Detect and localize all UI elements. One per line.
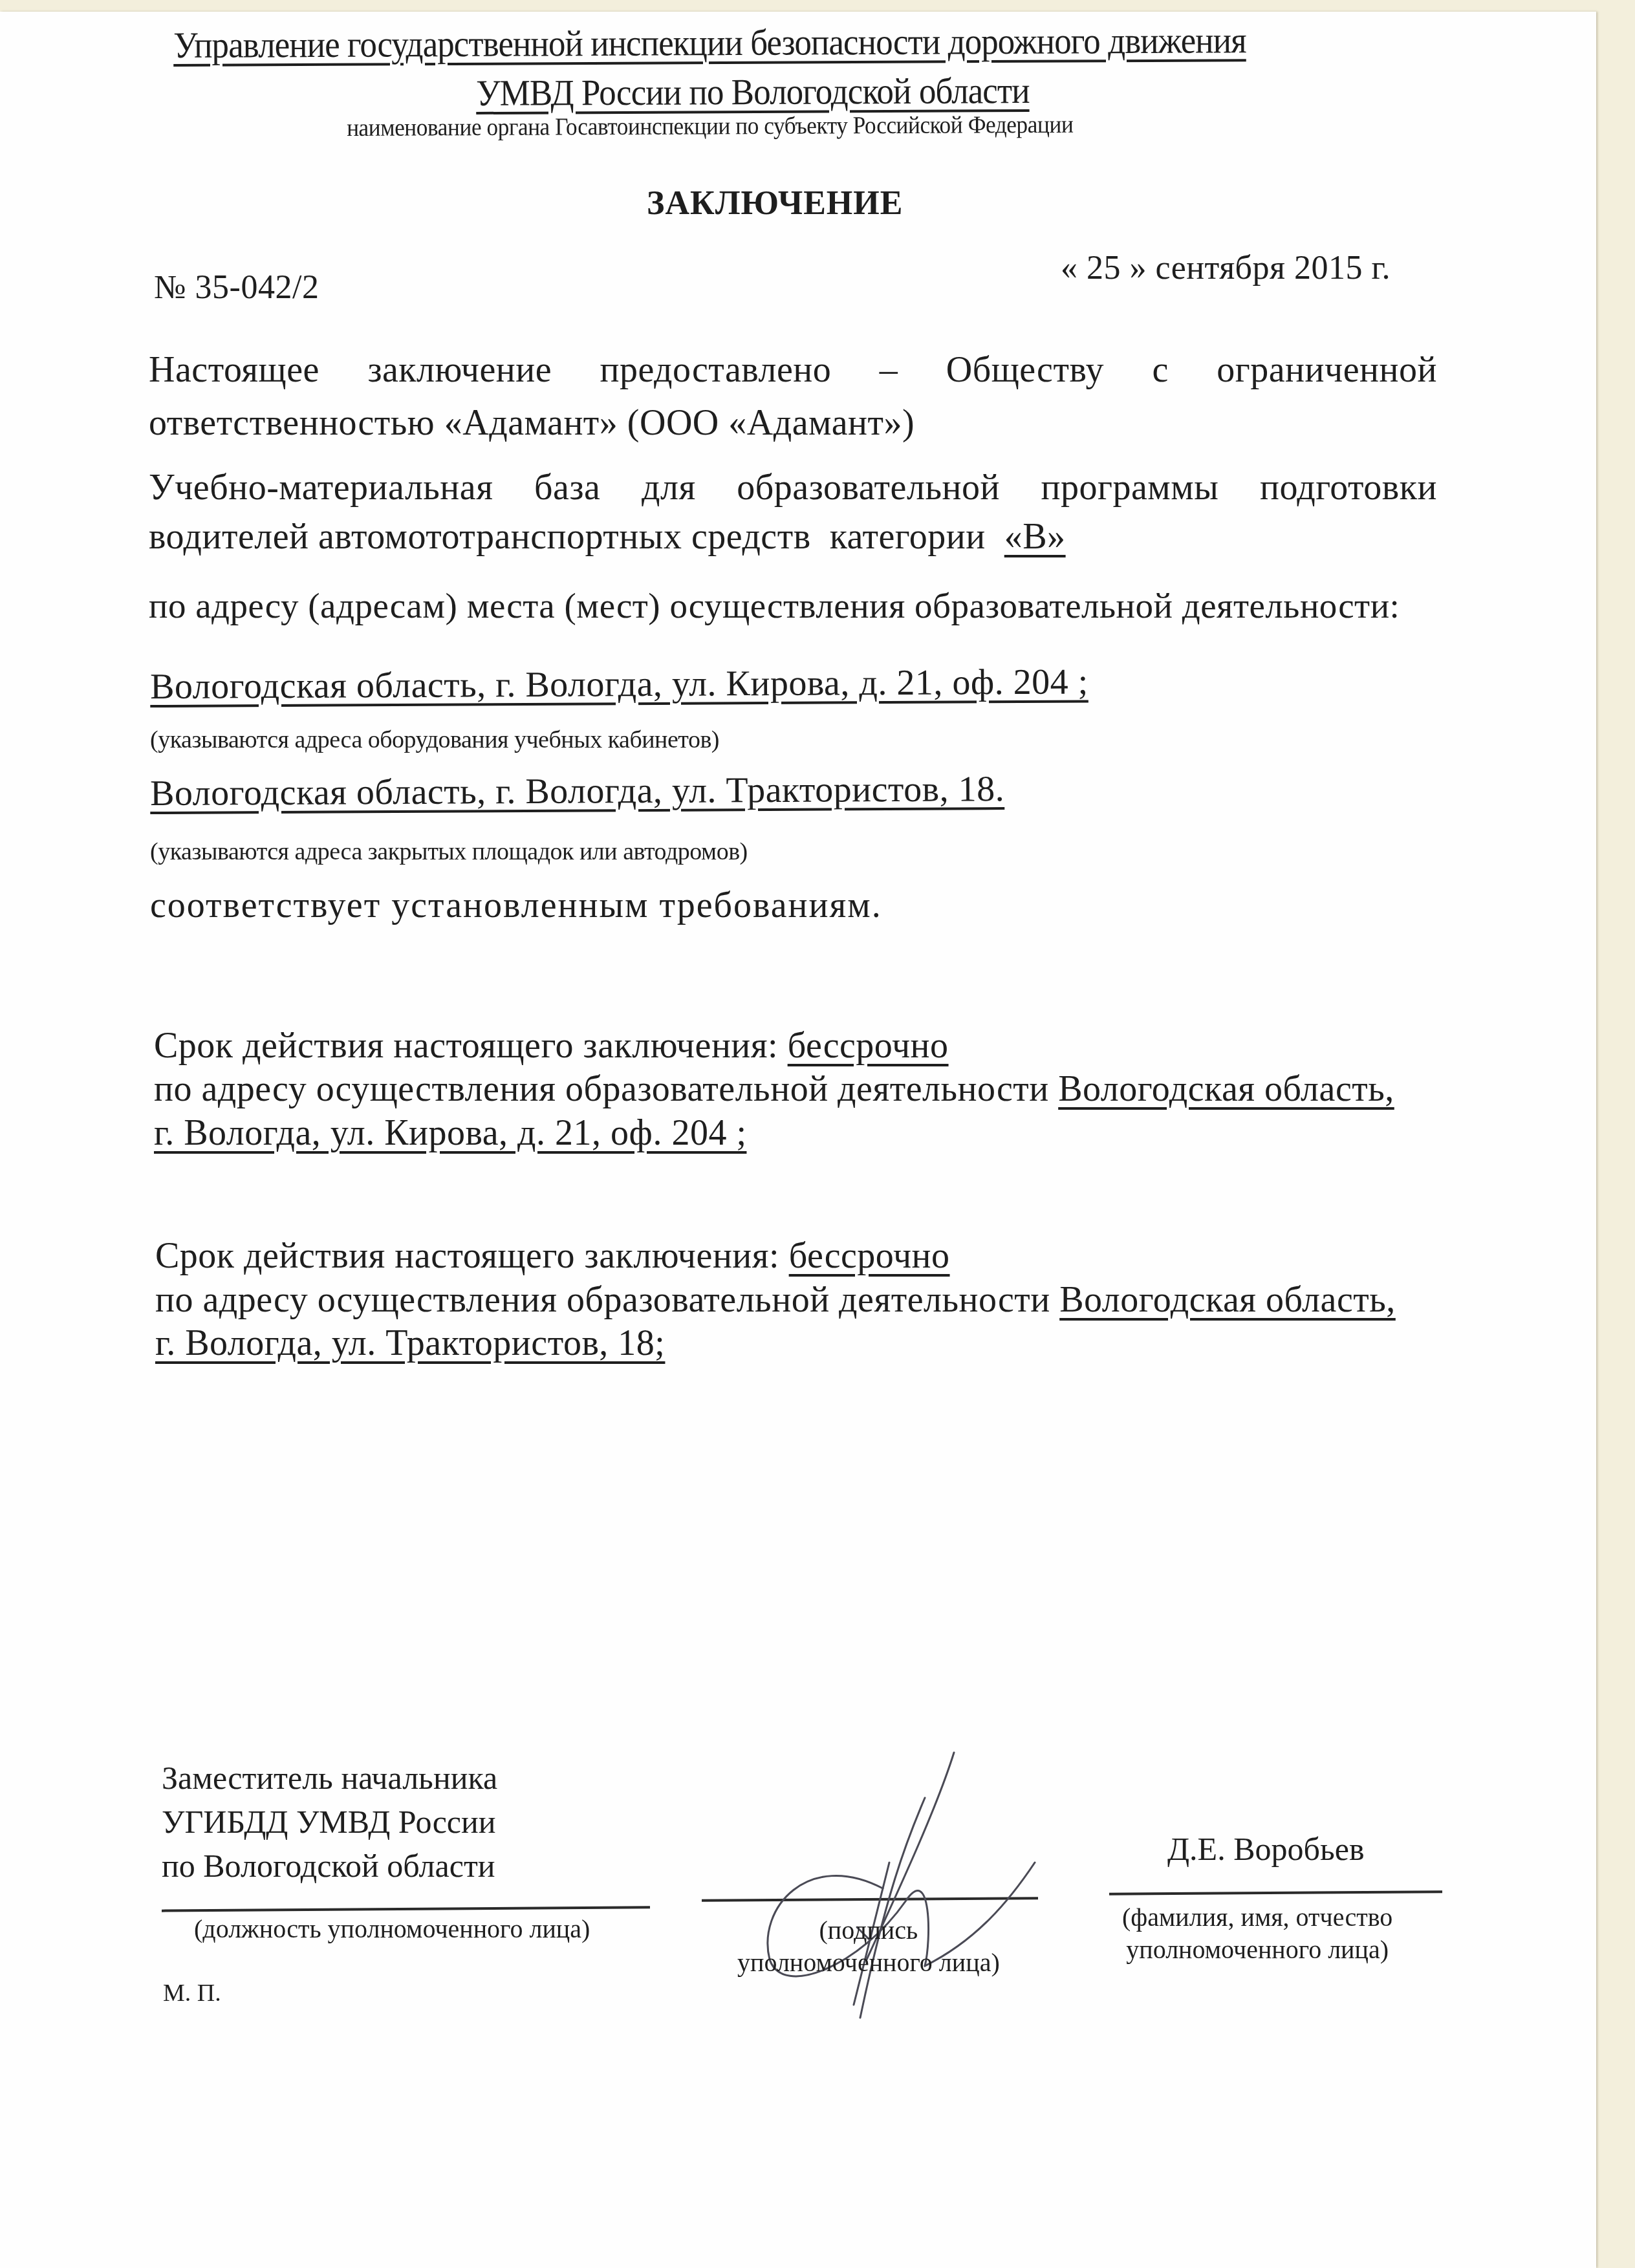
validity-label: Срок действия настоящего заключения: [154, 1026, 788, 1066]
position-line: УГИБДД УМВД России [162, 1800, 497, 1844]
signatory-position: Заместитель начальника УГИБДД УМВД Росси… [162, 1756, 497, 1888]
validity-1-address-part2: г. Вологда, ул. Кирова, д. 21, оф. 204 ; [154, 1112, 746, 1154]
header-organization-line1: Управление государственной инспекции без… [173, 19, 1246, 67]
seal-mark: М. П. [163, 1979, 221, 2007]
category-prefix: водителей автомототранспортных средств к… [149, 517, 995, 557]
address-training-ground-caption: (указываются адреса закрытых площадок ил… [150, 837, 748, 866]
paragraph-base-line2: водителей автомототранспортных средств к… [149, 516, 1066, 557]
handwritten-signature-icon [731, 1746, 1093, 2024]
position-caption: (должность уполномоченного лица) [194, 1913, 590, 1945]
validity-2-address-part2: г. Вологда, ул. Трактористов, 18; [155, 1323, 665, 1364]
validity-1-address-line: по адресу осуществления образовательной … [154, 1068, 1394, 1110]
document-date: « 25 » сентября 2015 г. [1061, 249, 1391, 287]
validity-address-label: по адресу осуществления образовательной … [154, 1069, 1058, 1109]
address-classrooms: Вологодская область, г. Вологда, ул. Кир… [150, 661, 1088, 707]
validity-1-term-line: Срок действия настоящего заключения: бес… [154, 1025, 949, 1066]
position-line: Заместитель начальника [162, 1756, 497, 1800]
word: Настоящее [149, 349, 319, 391]
word: ограниченной [1217, 349, 1437, 391]
address-training-ground: Вологодская область, г. Вологда, ул. Тра… [150, 768, 1004, 814]
word: с [1152, 349, 1168, 391]
word: – [880, 349, 898, 391]
signature-caption-line: (подпись [737, 1914, 1000, 1947]
header-caption: наименование органа Госавтоинспекции по … [347, 111, 1073, 142]
word: подготовки [1260, 467, 1437, 508]
validity-address-part1: Вологодская область, [1058, 1069, 1394, 1109]
signature-caption-line: уполномоченного лица) [737, 1947, 1000, 1979]
paragraph-recipient-line1: Настоящее заключение предоставлено – Общ… [149, 349, 1437, 391]
position-line: по Вологодской области [162, 1844, 497, 1888]
paragraph-base-line1: Учебно-материальная база для образовател… [149, 467, 1437, 508]
word: база [534, 467, 600, 508]
word: образовательной [737, 467, 1000, 508]
signature-caption: (подпись уполномоченного лица) [737, 1914, 1000, 1979]
validity-2-address-line: по адресу осуществления образовательной … [155, 1279, 1396, 1321]
header-organization-line2: УМВД России по Вологодской области [476, 70, 1030, 114]
validity-address-label: по адресу осуществления образовательной … [155, 1280, 1059, 1320]
word: Обществу [946, 349, 1104, 391]
compliance-statement: соответствует установленным требованиям. [150, 885, 882, 926]
word: Учебно-материальная [149, 467, 493, 508]
name-caption-line: уполномоченного лица) [1122, 1934, 1392, 1966]
paragraph-recipient-line2: ответственностью «Адамант» (ООО «Адамант… [149, 402, 915, 444]
document-number: № 35-042/2 [154, 268, 319, 307]
validity-2-term-line: Срок действия настоящего заключения: бес… [155, 1235, 950, 1277]
validity-term: бессрочно [789, 1236, 950, 1276]
name-caption: (фамилия, имя, отчество уполномоченного … [1122, 1901, 1392, 1966]
word: программы [1041, 467, 1218, 508]
name-caption-line: (фамилия, имя, отчество [1122, 1901, 1392, 1934]
word: заключение [367, 349, 552, 391]
validity-address-part1: Вологодская область, [1059, 1280, 1396, 1320]
word: предоставлено [600, 349, 832, 391]
category-value: «В» [1004, 517, 1066, 557]
validity-term: бессрочно [788, 1026, 949, 1066]
word: для [642, 467, 696, 508]
address-classrooms-caption: (указываются адреса оборудования учебных… [150, 726, 719, 754]
document-title: ЗАКЛЮЧЕНИЕ [647, 184, 903, 222]
validity-label: Срок действия настоящего заключения: [155, 1236, 789, 1276]
signatory-name: Д.Е. Воробьев [1167, 1827, 1365, 1871]
address-intro: по адресу (адресам) места (мест) осущест… [149, 585, 1400, 626]
